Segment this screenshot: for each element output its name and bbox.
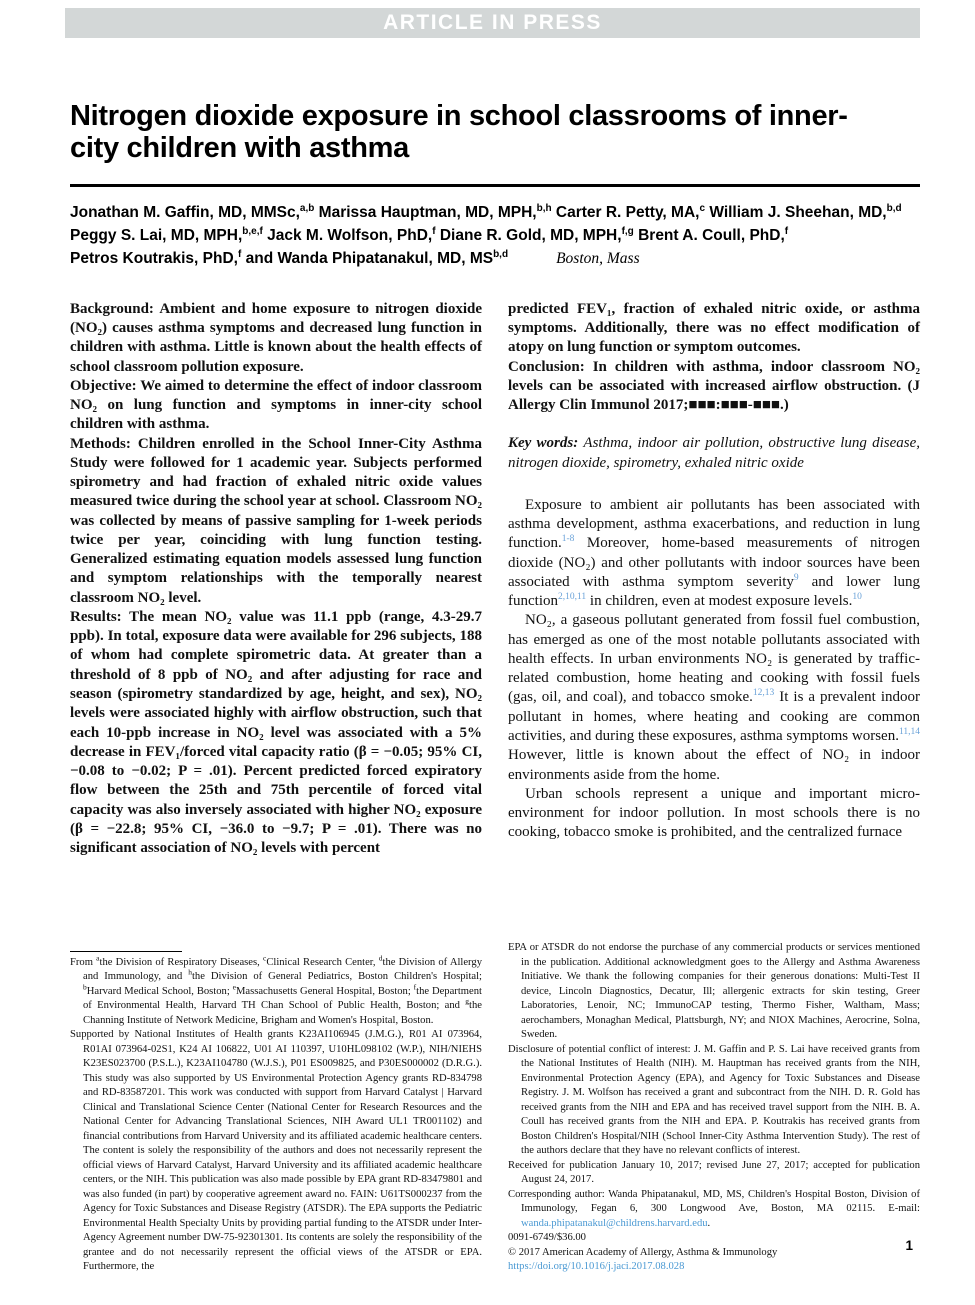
abstract-paragraph-methods: Methods: Children enrolled in the School… <box>70 435 482 608</box>
article-title: Nitrogen dioxide exposure in school clas… <box>70 100 860 165</box>
footnote-disclosure: Disclosure of potential conflict of inte… <box>508 1043 920 1159</box>
footnote-doi: https://doi.org/10.1016/j.jaci.2017.08.0… <box>508 1260 920 1275</box>
text-run: Brent A. Coull, PhD, <box>634 227 785 244</box>
footnote-issn-price: 0091-6749/$36.00 <box>508 1231 920 1246</box>
footnote-funding: Supported by National Institutes of Heal… <box>70 1028 482 1275</box>
text-run: and Wanda Phipatanakul, MD, MS <box>241 250 493 267</box>
text-run: Received for publication January 10, 201… <box>508 1160 920 1186</box>
author-line: Peggy S. Lai, MD, MPH,b,e,f Jack M. Wolf… <box>70 225 920 248</box>
right-column-top: predicted FEV₁, fraction of exhaled nitr… <box>508 300 920 843</box>
text-run: William J. Sheehan, MD, <box>705 204 887 221</box>
footnotes-left: From athe Division of Respiratory Diseas… <box>70 951 482 1275</box>
text-run: 0091-6749/$36.00 <box>508 1232 586 1243</box>
body-paragraph: Exposure to ambient air pollutants has b… <box>508 496 920 612</box>
abstract-paragraph-conclusion: Conclusion: In children with asthma, ind… <box>508 358 920 416</box>
footnote-acknowledgment: EPA or ATSDR do not endorse the purchase… <box>508 941 920 1043</box>
right-column: predicted FEV₁, fraction of exhaled nitr… <box>508 300 920 1275</box>
text-run: However, little is known about the effec… <box>508 747 920 782</box>
citation-ref[interactable]: 1-8 <box>562 534 575 544</box>
body-paragraph: NO₂, a gaseous pollutant generated from … <box>508 611 920 784</box>
page-number: 1 <box>905 1238 913 1253</box>
affiliation-sup: f <box>785 226 788 237</box>
affiliation-sup: b,e,f <box>242 226 263 237</box>
affiliation-sup: b,d <box>493 249 508 260</box>
footnote-copyright: © 2017 American Academy of Allergy, Asth… <box>508 1246 920 1261</box>
text-run: Marissa Hauptman, MD, MPH, <box>314 204 536 221</box>
affiliation-sup: b,h <box>537 203 552 214</box>
footnotes-right: EPA or ATSDR do not endorse the purchase… <box>508 941 920 1275</box>
keywords: Key words: Asthma, indoor air pollution,… <box>508 434 920 473</box>
citation-ref[interactable]: 12,13 <box>753 688 774 698</box>
body-text: Exposure to ambient air pollutants has b… <box>508 496 920 843</box>
banner-text: ARTICLE IN PRESS <box>383 11 602 35</box>
link[interactable]: wanda.phipatanakul@childrens.harvard.edu <box>521 1218 708 1229</box>
abstract-paragraph-objective: Objective: We aimed to determine the eff… <box>70 377 482 435</box>
text-run: Petros Koutrakis, PhD, <box>70 250 238 267</box>
footnote-affiliations: From athe Division of Respiratory Diseas… <box>70 956 482 1029</box>
left-column: Background: Ambient and home exposure to… <box>70 300 482 1275</box>
text-run: the Division of General Pediatrics, Bost… <box>192 971 482 982</box>
citation-ref[interactable]: 2,10,11 <box>558 592 586 602</box>
footnote-corresponding-author: Corresponding author: Wanda Phipatanakul… <box>508 1188 920 1232</box>
body-paragraph: Urban schools represent a unique and imp… <box>508 785 920 843</box>
abstract-paragraph-results: Results: The mean NO₂ value was 11.1 ppb… <box>70 608 482 858</box>
abstract-left: Background: Ambient and home exposure to… <box>70 300 482 859</box>
text-run: From <box>70 957 96 968</box>
text-run: EPA or ATSDR do not endorse the purchase… <box>508 942 920 1040</box>
author-list: Jonathan M. Gaffin, MD, MMSc,a,b Marissa… <box>70 202 920 270</box>
text-run: . <box>708 1218 711 1229</box>
text-run: Clinical Research Center, <box>266 957 378 968</box>
citation-ref[interactable]: 10 <box>852 592 862 602</box>
text-run: © 2017 American Academy of Allergy, Asth… <box>508 1247 777 1258</box>
author-line: Jonathan M. Gaffin, MD, MMSc,a,b Marissa… <box>70 202 920 225</box>
title-rule <box>70 184 920 187</box>
text-run: in children, even at modest exposure lev… <box>586 593 852 609</box>
affiliation-sup: b,d <box>887 203 902 214</box>
abstract-right: predicted FEV₁, fraction of exhaled nitr… <box>508 300 920 416</box>
text-run: the Division of Respiratory Diseases, <box>100 957 263 968</box>
citation-ref[interactable]: 11,14 <box>899 727 920 737</box>
text-run: Disclosure of potential conflict of inte… <box>508 1044 920 1157</box>
text-run: Corresponding author: Wanda Phipatanakul… <box>508 1189 920 1215</box>
footnote-received-dates: Received for publication January 10, 201… <box>508 1159 920 1188</box>
text-run: Peggy S. Lai, MD, MPH, <box>70 227 242 244</box>
text-run: Carter R. Petty, MA, <box>552 204 700 221</box>
link[interactable]: https://doi.org/10.1016/j.jaci.2017.08.0… <box>508 1261 684 1272</box>
text-run: Supported by National Institutes of Heal… <box>70 1029 482 1272</box>
location-text: Boston, Mass <box>556 250 640 267</box>
text-run: Massachusetts General Hospital, Boston; <box>236 986 414 997</box>
page-content: Nitrogen dioxide exposure in school clas… <box>70 100 920 1275</box>
abstract-paragraph-background: Background: Ambient and home exposure to… <box>70 300 482 377</box>
affiliation-sup: a,b <box>300 203 314 214</box>
text-run: Diane R. Gold, MD, MPH, <box>436 227 622 244</box>
footnote-divider <box>70 951 182 952</box>
keywords-label: Key words: <box>508 435 583 451</box>
two-column-layout: Background: Ambient and home exposure to… <box>70 300 920 1275</box>
abstract-paragraph-continued: predicted FEV₁, fraction of exhaled nitr… <box>508 300 920 358</box>
text-run: Urban schools represent a unique and imp… <box>508 786 920 841</box>
text-run: Harvard Medical School, Boston; <box>87 986 233 997</box>
text-run: Jonathan M. Gaffin, MD, MMSc, <box>70 204 300 221</box>
text-run: Jack M. Wolfson, PhD, <box>263 227 432 244</box>
author-line: Petros Koutrakis, PhD,f and Wanda Phipat… <box>70 248 920 271</box>
article-in-press-banner: ARTICLE IN PRESS <box>65 8 920 38</box>
affiliation-sup: f,g <box>622 226 634 237</box>
